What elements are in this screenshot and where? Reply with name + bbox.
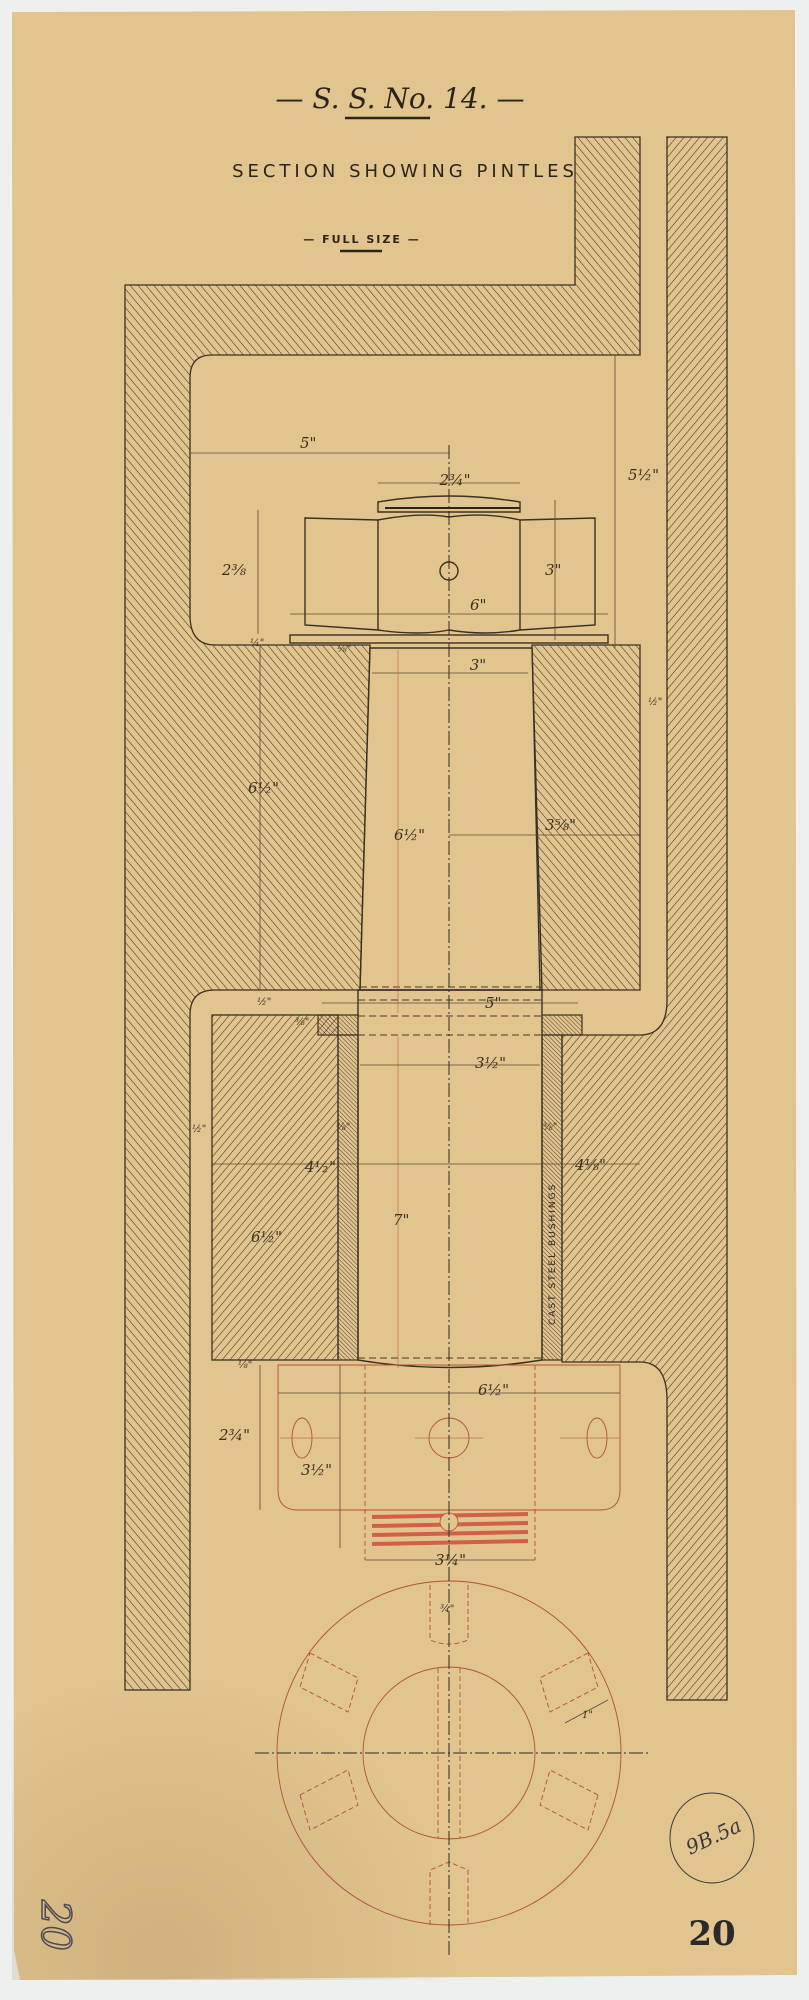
svg-text:3¼": 3¼" [435, 1551, 466, 1569]
svg-text:2¾": 2¾" [439, 471, 471, 489]
svg-text:5½": 5½" [628, 466, 659, 484]
svg-text:⅜": ⅜" [336, 1122, 350, 1133]
drawing-subtitle: SECTION SHOWING PINTLES [232, 161, 578, 182]
svg-text:1": 1" [582, 1710, 593, 1721]
lower-left-block [212, 1015, 338, 1360]
svg-text:⅜": ⅜" [295, 1017, 309, 1028]
svg-text:7": 7" [393, 1211, 409, 1229]
svg-text:⅜": ⅜" [543, 1122, 557, 1133]
svg-text:4⅛": 4⅛" [574, 1156, 606, 1174]
drawing-scale: — FULL SIZE — [303, 233, 420, 246]
svg-text:6½": 6½" [478, 1381, 509, 1399]
svg-text:4½": 4½" [304, 1158, 336, 1176]
svg-text:6½": 6½" [394, 826, 425, 844]
drawing-title: — S. S. No. 14. — [276, 82, 525, 115]
svg-text:6½": 6½" [248, 779, 279, 797]
sheet-number: 20 [688, 1914, 735, 1954]
svg-text:3": 3" [545, 561, 561, 579]
svg-text:3⅝": 3⅝" [545, 816, 576, 834]
svg-text:⅛": ⅛" [238, 1360, 252, 1371]
svg-text:½": ½" [257, 997, 271, 1008]
technical-drawing: — S. S. No. 14. — SECTION SHOWING PINTLE… [0, 0, 809, 2000]
svg-text:3½": 3½" [301, 1461, 332, 1479]
bushing-left [338, 1035, 358, 1360]
svg-text:6½": 6½" [251, 1228, 282, 1246]
svg-text:5": 5" [300, 434, 316, 452]
svg-text:6": 6" [470, 596, 486, 614]
svg-text:5": 5" [485, 994, 501, 1012]
svg-text:½": ½" [192, 1124, 206, 1135]
svg-text:2⅜: 2⅜ [221, 561, 247, 579]
svg-text:3": 3" [470, 656, 486, 674]
svg-text:⅛": ⅛" [337, 644, 351, 655]
bushing-note: CAST STEEL BUSHINGS [548, 1183, 558, 1325]
svg-text:¾": ¾" [440, 1604, 454, 1615]
svg-text:3½": 3½" [475, 1054, 506, 1072]
margin-number: 20 [32, 1899, 78, 1951]
svg-text:¼": ¼" [250, 638, 264, 649]
svg-text:½": ½" [648, 697, 662, 708]
svg-text:2¾": 2¾" [218, 1426, 250, 1444]
